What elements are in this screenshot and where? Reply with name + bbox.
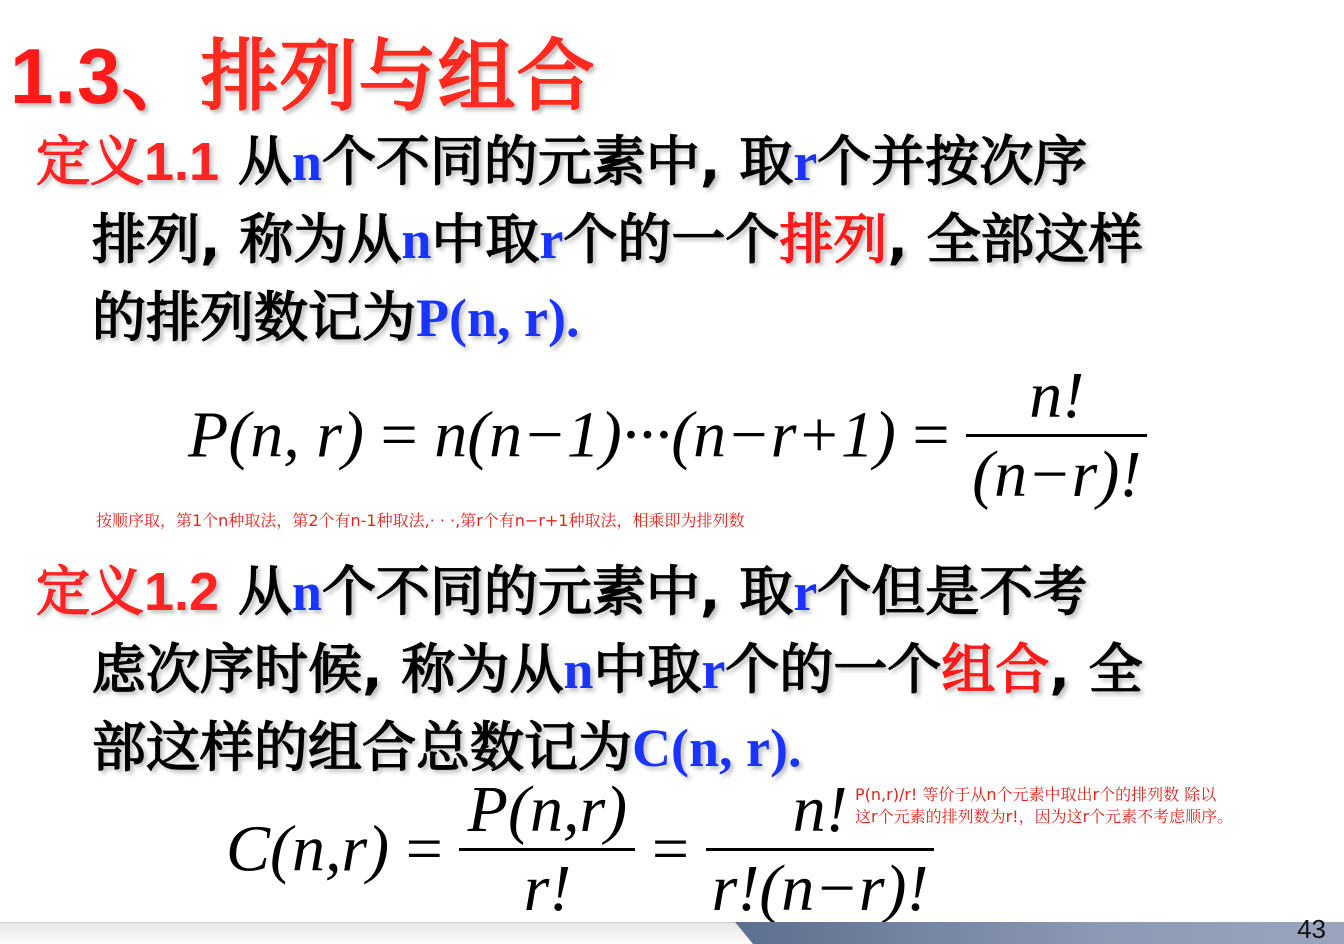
def1-label: 定义 [36,130,144,193]
equals-sign: = [380,399,417,472]
def2-text: 部这样的组合总数记为 [92,716,632,779]
def1-text: 排列, 称为从 [92,208,401,271]
def1-text: 从 [219,130,292,193]
def2-line-2: 虑次序时候, 称为从n中取r个的一个组合, 全 [36,630,1143,708]
annotation-note-1: 按顺序取，第1个n种取法，第2个有n-1种取法,· · ·,第r个有n−r+1种… [96,510,745,532]
def1-text: 的排列数记为 [92,286,416,349]
def1-text: , 全部这样 [887,208,1142,271]
variable-n: n [292,132,322,192]
fraction-denominator: r!(n−r)! [706,851,935,927]
permutation-formula: P(n, r) = n(n−1)···(n−r+1) = n! (n−r)! [188,358,1147,513]
variable-r: r [793,562,817,622]
def2-label: 定义 [36,560,144,623]
page-number: 43 [1297,914,1326,944]
formula2-fraction-1: P(n,r) r! [459,772,635,927]
variable-n: n [563,640,593,700]
formula1-product: n(n−1)···(n−r+1) [434,399,896,472]
def1-text: 个的一个 [563,208,779,271]
def2-text: 从 [219,560,292,623]
fraction-denominator: (n−r)! [966,437,1147,513]
slide-title: 1.3、排列与组合 [10,14,595,126]
def1-line-2: 排列, 称为从n中取r个的一个排列, 全部这样 [36,200,1143,278]
def2-label-number: 1.2 [144,562,219,622]
combination-formula: C(n,r) = P(n,r) r! = n! r!(n−r)! [226,772,934,927]
title-text: 排列与组合 [200,32,595,120]
def1-text: 个并按次序 [817,130,1087,193]
formula2-lhs: C(n,r) [226,813,389,886]
def1-text: 中取 [431,208,539,271]
slide-footer-accent [735,922,1344,944]
def1-label-number: 1.1 [144,132,219,192]
formula1-fraction: n! (n−r)! [966,358,1147,513]
equals-sign: = [652,813,689,886]
fraction-numerator: n! [706,772,935,848]
variable-r: r [793,132,817,192]
def1-text: 个不同的元素中, 取 [322,130,793,193]
variable-n: n [401,210,431,270]
notation-p-n-r: P(n, r). [416,288,579,348]
term-combination: 组合 [941,638,1049,701]
formula2-fraction-2: n! r!(n−r)! [706,772,935,927]
def2-text: 个但是不考 [817,560,1087,623]
def2-text: 虑次序时候, 称为从 [92,638,563,701]
def2-text: , 全 [1049,638,1142,701]
def1-line-3: 的排列数记为P(n, r). [36,278,1143,356]
title-number: 1.3、 [10,32,200,120]
formula1-lhs: P(n, r) [188,399,364,472]
def2-line-1: 定义1.2 从n个不同的元素中, 取r个但是不考 [36,552,1143,630]
equals-sign: = [406,813,443,886]
equals-sign: = [912,399,949,472]
term-permutation: 排列 [779,208,887,271]
def2-text: 中取 [593,638,701,701]
definition-1-2: 定义1.2 从n个不同的元素中, 取r个但是不考 虑次序时候, 称为从n中取r个… [36,552,1143,786]
variable-r: r [701,640,725,700]
variable-r: r [539,210,563,270]
fraction-numerator: n! [966,358,1147,434]
fraction-numerator: P(n,r) [459,772,635,848]
definition-1-1: 定义1.1 从n个不同的元素中, 取r个并按次序 排列, 称为从n中取r个的一个… [36,122,1143,356]
def1-line-1: 定义1.1 从n个不同的元素中, 取r个并按次序 [36,122,1143,200]
notation-c-n-r: C(n, r). [632,718,801,778]
def2-text: 个不同的元素中, 取 [322,560,793,623]
def2-text: 个的一个 [725,638,941,701]
variable-n: n [292,562,322,622]
fraction-denominator: r! [459,851,635,927]
